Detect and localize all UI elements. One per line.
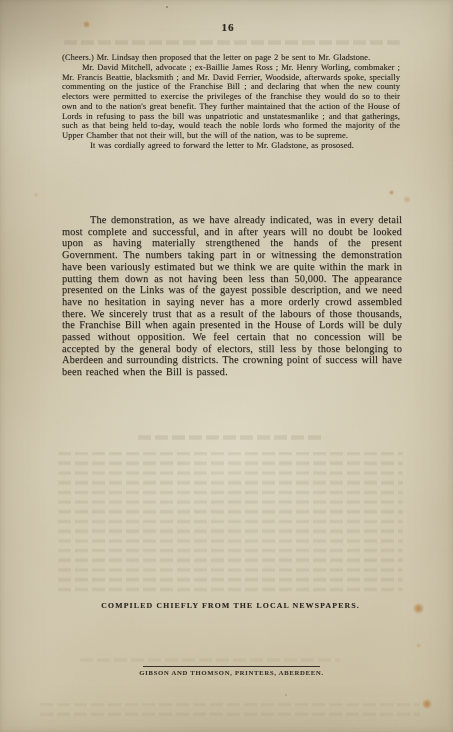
dust-speck	[285, 694, 287, 696]
foxing-stain	[416, 643, 421, 648]
foxing-stain	[422, 699, 432, 709]
paragraph-speakers: Mr. David Mitchell, advocate ; ex-Bailli…	[62, 63, 400, 141]
foxing-stain	[389, 190, 394, 195]
showthrough-block-bottom	[40, 703, 420, 719]
imprint-divider-rule	[143, 666, 320, 667]
showthrough-line-footer	[80, 658, 340, 662]
showthrough-line-top	[64, 40, 400, 45]
compiled-note: COMPILED CHIEFLY FROM THE LOCAL NEWSPAPE…	[8, 601, 453, 610]
printer-imprint: GIBSON AND THOMSON, PRINTERS, ABERDEEN.	[9, 670, 453, 677]
showthrough-heading-mid	[138, 435, 322, 440]
paragraph-cheers-lindsay: (Cheers.) Mr. Lindsay then proposed that…	[62, 53, 400, 63]
demonstration-summary-block: The demonstration, as we have already in…	[62, 215, 402, 379]
page-number: 16	[0, 22, 453, 34]
scanned-book-page: 16 (Cheers.) Mr. Lindsay then proposed t…	[0, 0, 453, 732]
dust-speck	[166, 6, 168, 8]
paragraph-demonstration: The demonstration, as we have already in…	[62, 215, 402, 379]
meeting-report-block: (Cheers.) Mr. Lindsay then proposed that…	[62, 53, 400, 151]
showthrough-block-mid	[58, 452, 403, 592]
foxing-stain	[34, 193, 38, 197]
foxing-stain	[403, 196, 411, 203]
paragraph-agreed: It was cordially agreed to forward the l…	[62, 141, 400, 151]
